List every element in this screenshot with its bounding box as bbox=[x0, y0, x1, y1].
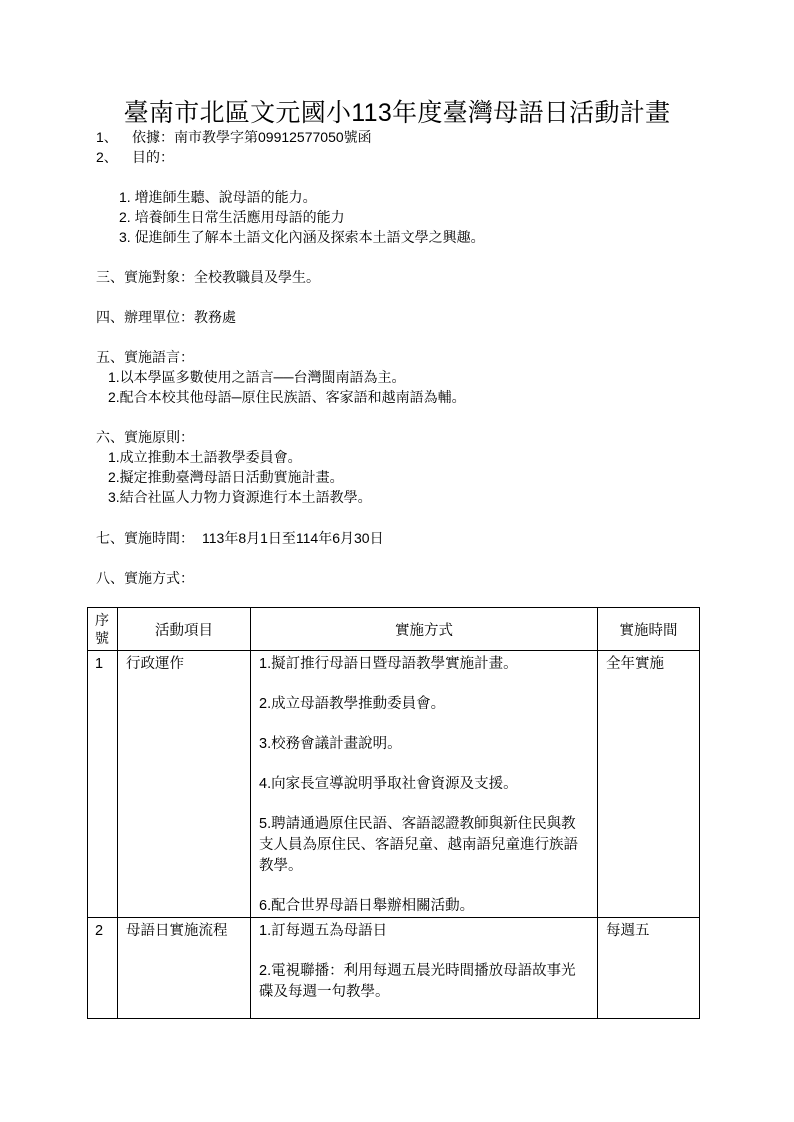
language-item: 2.配合本校其他母語─原住民族語、客家語和越南語為輔。 bbox=[108, 387, 466, 407]
section-method: 八、實施方式： bbox=[96, 568, 194, 588]
row-methods: 1.擬訂推行母語日暨母語教學實施計畫。 2.成立母語教學推動委員會。 3.校務會… bbox=[251, 651, 597, 917]
header-time: 實施時間 bbox=[598, 608, 700, 651]
method-item: 6.配合世界母語日舉辦相關活動。 bbox=[259, 896, 589, 917]
section-principles: 六、實施原則： bbox=[96, 427, 194, 447]
header-method: 實施方式 bbox=[251, 608, 598, 651]
method-item: 4.向家長宣導說明爭取社會資源及支援。 bbox=[259, 774, 589, 795]
header-serial: 序號 bbox=[88, 608, 118, 651]
section-number: 1、 bbox=[96, 127, 132, 147]
document-title: 臺南市北區文元國小113年度臺灣母語日活動計畫 bbox=[0, 93, 794, 129]
section-label: 目的： bbox=[132, 149, 174, 165]
row-time: 每週五 bbox=[598, 918, 699, 942]
purpose-item: 3. 促進師生了解本土語文化內涵及探索本土語文學之興趣。 bbox=[119, 227, 485, 247]
principle-item: 1.成立推動本土語教學委員會。 bbox=[108, 447, 302, 467]
header-activity: 活動項目 bbox=[118, 608, 251, 651]
table-header-row: 序號 活動項目 實施方式 實施時間 bbox=[88, 608, 700, 651]
row-number: 1 bbox=[88, 651, 117, 675]
row-activity: 母語日實施流程 bbox=[118, 918, 250, 942]
section-basis: 1、依據：南市教學字第09912577050號函 bbox=[96, 127, 372, 147]
principle-item: 2.擬定推動臺灣母語日活動實施計畫。 bbox=[108, 467, 344, 487]
section-organizer: 四、辦理單位：教務處 bbox=[96, 307, 236, 327]
section-purpose: 2、目的： bbox=[96, 147, 174, 167]
row-activity: 行政運作 bbox=[118, 651, 250, 675]
section-label: 依據：南市教學字第09912577050號函 bbox=[132, 129, 372, 145]
section-period: 七、實施時間：113年8月1日至114年6月30日 bbox=[96, 528, 384, 548]
method-item: 2.電視聯播：利用每週五晨光時間播放母語故事光碟及每週一句教學。 bbox=[259, 961, 589, 1003]
method-item: 3.校務會議計畫說明。 bbox=[259, 734, 589, 755]
row-number: 2 bbox=[88, 918, 117, 942]
table-row: 1 行政運作 1.擬訂推行母語日暨母語教學實施計畫。 2.成立母語教學推動委員會… bbox=[88, 651, 700, 918]
method-item: 2.成立母語教學推動委員會。 bbox=[259, 694, 589, 715]
section-label: 七、實施時間： bbox=[96, 530, 194, 546]
language-item: 1.以本學區多數使用之語言──台灣閩南語為主。 bbox=[108, 367, 406, 387]
method-item: 1.訂每週五為母語日 bbox=[259, 921, 589, 942]
table-row: 2 母語日實施流程 1.訂每週五為母語日 2.電視聯播：利用每週五晨光時間播放母… bbox=[88, 918, 700, 1019]
period-value: 113年8月1日至114年6月30日 bbox=[202, 530, 384, 546]
section-language: 五、實施語言： bbox=[96, 347, 194, 367]
activity-table: 序號 活動項目 實施方式 實施時間 1 行政運作 1.擬訂推行母語日暨母語教學實… bbox=[87, 607, 700, 1019]
section-target: 三、實施對象：全校教職員及學生。 bbox=[96, 267, 320, 287]
principle-item: 3.結合社區人力物力資源進行本土語教學。 bbox=[108, 487, 372, 507]
purpose-item: 1. 增進師生聽、說母語的能力。 bbox=[119, 187, 317, 207]
purpose-item: 2. 培養師生日常生活應用母語的能力 bbox=[119, 207, 345, 227]
row-time: 全年實施 bbox=[598, 651, 699, 675]
section-number: 2、 bbox=[96, 147, 132, 167]
method-item: 5.聘請通過原住民語、客語認證教師與新住民與教支人員為原住民、客語兒童、越南語兒… bbox=[259, 814, 589, 877]
row-methods: 1.訂每週五為母語日 2.電視聯播：利用每週五晨光時間播放母語故事光碟及每週一句… bbox=[251, 918, 597, 1003]
method-item: 1.擬訂推行母語日暨母語教學實施計畫。 bbox=[259, 654, 589, 675]
